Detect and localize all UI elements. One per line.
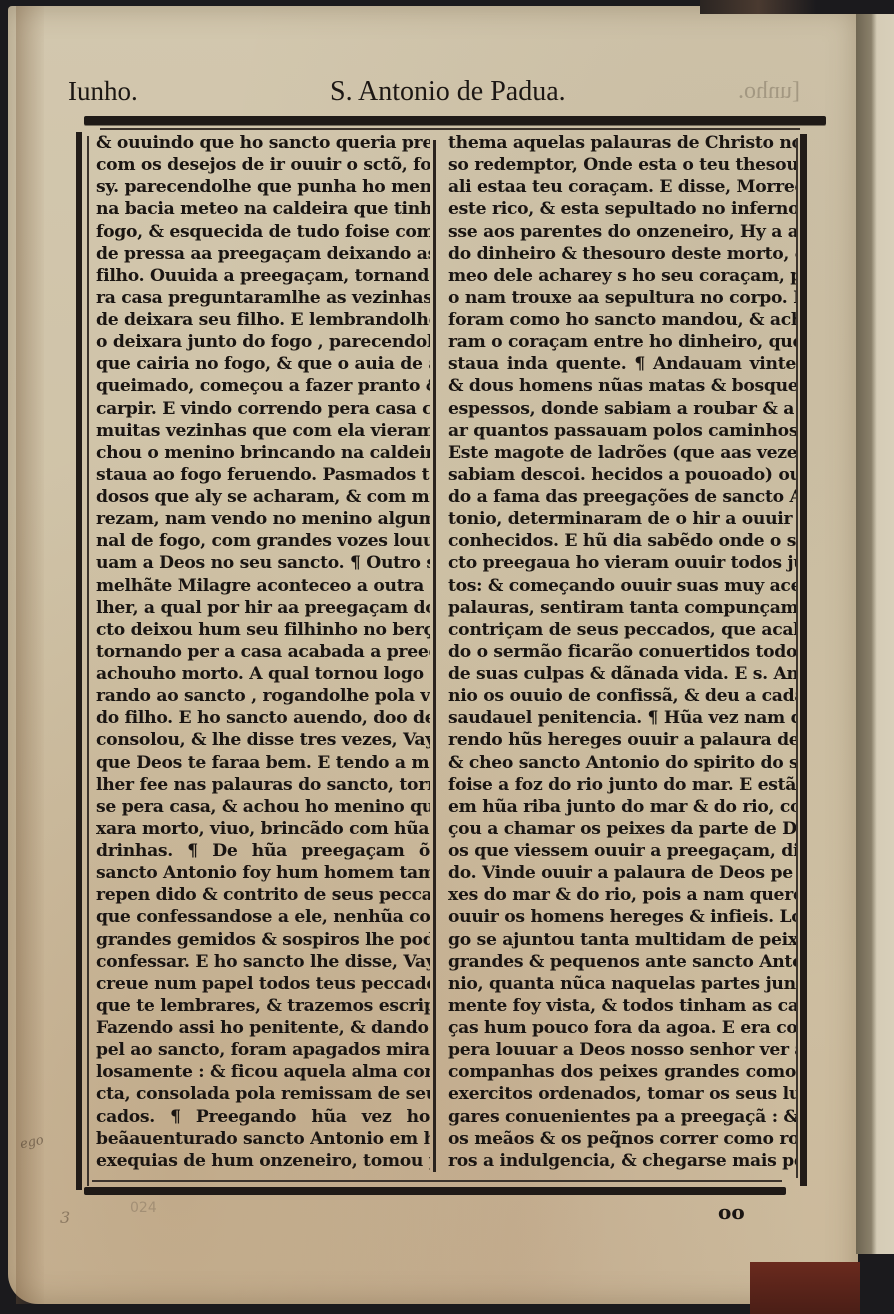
text-line: do o sermão ficarão conuertidos todos xyxy=(448,641,796,663)
text-line: losamente : & ficou aquela alma contri: xyxy=(96,1061,430,1083)
text-line: consolou, & lhe disse tres vezes, Vayte xyxy=(96,729,430,751)
text-line: sabiam descoi. hecidos a pouoado) ouuin xyxy=(448,464,796,486)
running-header: Iunho. S. Antonio de Padua. [unho. xyxy=(0,70,894,110)
text-line: Fazendo assi ho penitente, & dando ho pa xyxy=(96,1017,430,1039)
text-line: sy. parecendolhe que punha ho menino xyxy=(96,176,430,198)
text-line: de pressa aa preegaçam deixando assi ho xyxy=(96,243,430,265)
text-line: que confessandose a ele, nenhũa cousa cõ xyxy=(96,906,430,928)
text-line: exequias de hum onzeneiro, tomou por xyxy=(96,1150,430,1172)
text-line: muitas vezinhas que com ela vieram, a: xyxy=(96,420,430,442)
text-line: ças hum pouco fora da agoa. E era cousa xyxy=(448,1017,796,1039)
text-line: meo dele acharey s ho seu coraçam, porq̃ xyxy=(448,265,796,287)
text-line: ros a indulgencia, & chegarse mais perto xyxy=(448,1150,796,1172)
text-line: do. Vinde ouuir a palaura de Deos pe i xyxy=(448,862,796,884)
text-line: nio os ouuio de confissã, & deu a cada h… xyxy=(448,685,796,707)
text-line: do dinheiro & thesouro deste morto, & no xyxy=(448,243,796,265)
text-line: & dous homens nũas matas & bosques xyxy=(448,375,796,397)
text-line: gares conuenientes pa a preegaçã : & ass… xyxy=(448,1106,796,1128)
text-line: do a fama das preegações de sancto An xyxy=(448,486,796,508)
text-line: que cairia no fogo, & que o auia de acha… xyxy=(96,353,430,375)
text-line: pera louuar a Deos nosso senhor ver as xyxy=(448,1039,796,1061)
right-border-rule-thin xyxy=(796,138,798,1178)
show-through-number: 024 xyxy=(130,1200,157,1216)
text-line: palauras, sentiram tanta compunçam & xyxy=(448,597,796,619)
text-line: confessar. E ho sancto lhe disse, Vay & … xyxy=(96,951,430,973)
text-line: espessos, donde sabiam a roubar & a salt… xyxy=(448,398,796,420)
text-line: em hũa riba junto do mar & do rio, come: xyxy=(448,796,796,818)
text-line: pel ao sancto, foram apagados miracu: xyxy=(96,1039,430,1061)
text-line: ra casa preguntaramlhe as vezinhas on: xyxy=(96,287,430,309)
text-line: contriçam de seus peccados, que acaba: xyxy=(448,619,796,641)
text-line: filho. Ouuida a preegaçam, tornando pe: xyxy=(96,265,430,287)
bottom-rule-thin xyxy=(92,1180,782,1182)
text-line: cados. ¶ Preegando hũa vez ho xyxy=(96,1106,430,1128)
left-border-rule xyxy=(76,132,82,1190)
text-line: staua inda quente. ¶ Andauam vinte xyxy=(448,353,796,375)
text-line: que Deos te faraa bem. E tendo a mo xyxy=(96,752,430,774)
text-line: ar quantos passauam polos caminhos. xyxy=(448,420,796,442)
left-border-rule-thin xyxy=(87,136,89,1186)
text-line: cto deixou hum seu filhinho no berço, & xyxy=(96,619,430,641)
text-line: tonio, determinaram de o hir a ouuir des xyxy=(448,508,796,530)
text-line: rezam, nam vendo no menino algum si xyxy=(96,508,430,530)
text-line: com os desejos de ir ouuir o sctõ, fora … xyxy=(96,154,430,176)
text-line: nio, quanta nũca naquelas partes junta: xyxy=(448,973,796,995)
text-line: xara morto, viuo, brincãdo com hũas pe xyxy=(96,818,430,840)
text-line: o nam trouxe aa sepultura no corpo. E xyxy=(448,287,796,309)
text-line: exercitos ordenados, tomar os seus lu: xyxy=(448,1083,796,1105)
page-edge-stain xyxy=(16,6,44,1304)
binding-shadow xyxy=(700,0,894,14)
text-line: creue num papel todos teus peccados õ xyxy=(96,973,430,995)
top-rule xyxy=(84,116,826,125)
top-rule-thin xyxy=(100,128,800,130)
text-line: os que viessem ouuir a preegaçam, dizen xyxy=(448,840,796,862)
text-line: tos: & começando ouuir suas muy acesas xyxy=(448,575,796,597)
text-line: staua ao fogo feruendo. Pasmados to: xyxy=(96,464,430,486)
text-line: achouho morto. A qual tornou logo cho xyxy=(96,663,430,685)
text-line: ali estaa teu coraçam. E disse, Morreo xyxy=(448,176,796,198)
text-line: se pera casa, & achou ho menino que dei: xyxy=(96,796,430,818)
right-border-rule xyxy=(800,134,807,1186)
signature-mark: oo xyxy=(718,1200,745,1224)
text-line: companhas dos peixes grandes como xyxy=(448,1061,796,1083)
header-month: Iunho. xyxy=(68,76,138,107)
text-line: uam a Deos no seu sancto. ¶ Outro se: xyxy=(96,552,430,574)
cover-edge xyxy=(750,1262,860,1314)
text-line: Este magote de ladrões (que aas vezes xyxy=(448,442,796,464)
text-line: chou o menino brincando na caldeira q̃ e xyxy=(96,442,430,464)
column-divider xyxy=(433,140,436,1172)
text-line: grandes & pequenos ante sancto Anto: xyxy=(448,951,796,973)
text-line: sse aos parentes do onzeneiro, Hy a arca xyxy=(448,221,796,243)
text-line: de suas culpas & dãnada vida. E s. Anto xyxy=(448,663,796,685)
text-line: drinhas. ¶ De hũa preegaçam õ xyxy=(96,840,430,862)
text-line: dosos que aly se acharam, & com muita xyxy=(96,486,430,508)
text-line: grandes gemidos & sospiros lhe pode xyxy=(96,929,430,951)
text-line: ram o coraçam entre ho dinheiro, que e xyxy=(448,331,796,353)
adjacent-page-edge xyxy=(856,14,894,1254)
text-line: tornando per a casa acabada a preegaçã xyxy=(96,641,430,663)
text-line: foise a foz do rio junto do mar. E estãd… xyxy=(448,774,796,796)
text-line: & ouuindo que ho sancto queria preegar, xyxy=(96,132,430,154)
text-line: mente foy vista, & todos tinham as cabe xyxy=(448,995,796,1017)
text-line: do filho. E ho sancto auendo, doo dela a xyxy=(96,707,430,729)
right-text-column: thema aquelas palauras de Christo nos:so… xyxy=(448,132,796,1172)
text-line: carpir. E vindo correndo pera casa com xyxy=(96,398,430,420)
bottom-rule xyxy=(84,1187,786,1195)
text-line: na bacia meteo na caldeira que tinha ao xyxy=(96,198,430,220)
text-line: go se ajuntou tanta multidam de peixes xyxy=(448,929,796,951)
text-line: saudauel penitencia. ¶ Hũa vez nam que xyxy=(448,707,796,729)
text-line: conhecidos. E hũ dia sabẽdo onde o san xyxy=(448,530,796,552)
text-line: beãauenturado sancto Antonio em hũas xyxy=(96,1128,430,1150)
text-line: so redemptor, Onde esta o teu thesouro, xyxy=(448,154,796,176)
text-line: lher fee nas palauras do sancto, tornou: xyxy=(96,774,430,796)
text-line: fogo, & esquecida de tudo foise com grã: xyxy=(96,221,430,243)
text-line: que te lembrares, & trazemos escriptos. xyxy=(96,995,430,1017)
text-line: cto preegaua ho vieram ouuir todos jun xyxy=(448,552,796,574)
text-line: sancto Antonio foy hum homem tam ar xyxy=(96,862,430,884)
text-line: os meãos & os peq̃nos correr como romei xyxy=(448,1128,796,1150)
text-line: çou a chamar os peixes da parte de De xyxy=(448,818,796,840)
text-line: o deixara junto do fogo , parecendolhe xyxy=(96,331,430,353)
text-line: repen dido & contrito de seus peccados, xyxy=(96,884,430,906)
text-line: queimado, começou a fazer pranto & se xyxy=(96,375,430,397)
text-line: foram como ho sancto mandou, & acha: xyxy=(448,309,796,331)
handwritten-margin-mark: 3 xyxy=(60,1208,70,1227)
header-title: S. Antonio de Padua. xyxy=(330,76,566,108)
left-text-column: & ouuindo que ho sancto queria preegar,c… xyxy=(96,132,430,1172)
show-through-text: [unho. xyxy=(738,78,800,105)
text-line: cta, consolada pola remissam de seus pec xyxy=(96,1083,430,1105)
text-line: ouuir os homens hereges & infieis. Lo: xyxy=(448,906,796,928)
text-line: de deixara seu filho. E lembrandolhe que xyxy=(96,309,430,331)
text-line: rendo hũs hereges ouuir a palaura de õs xyxy=(448,729,796,751)
text-line: este rico, & esta sepultado no inferno. … xyxy=(448,198,796,220)
text-line: lher, a qual por hir aa preegaçam do san xyxy=(96,597,430,619)
text-line: nal de fogo, com grandes vozes louua: xyxy=(96,530,430,552)
text-line: melhãte Milagre aconteceo a outra mo xyxy=(96,575,430,597)
text-line: xes do mar & do rio, pois a nam querem xyxy=(448,884,796,906)
text-line: & cheo sancto Antonio do spirito do sñor xyxy=(448,752,796,774)
text-line: rando ao sancto , rogandolhe pola vida xyxy=(96,685,430,707)
text-line: thema aquelas palauras de Christo nos: xyxy=(448,132,796,154)
